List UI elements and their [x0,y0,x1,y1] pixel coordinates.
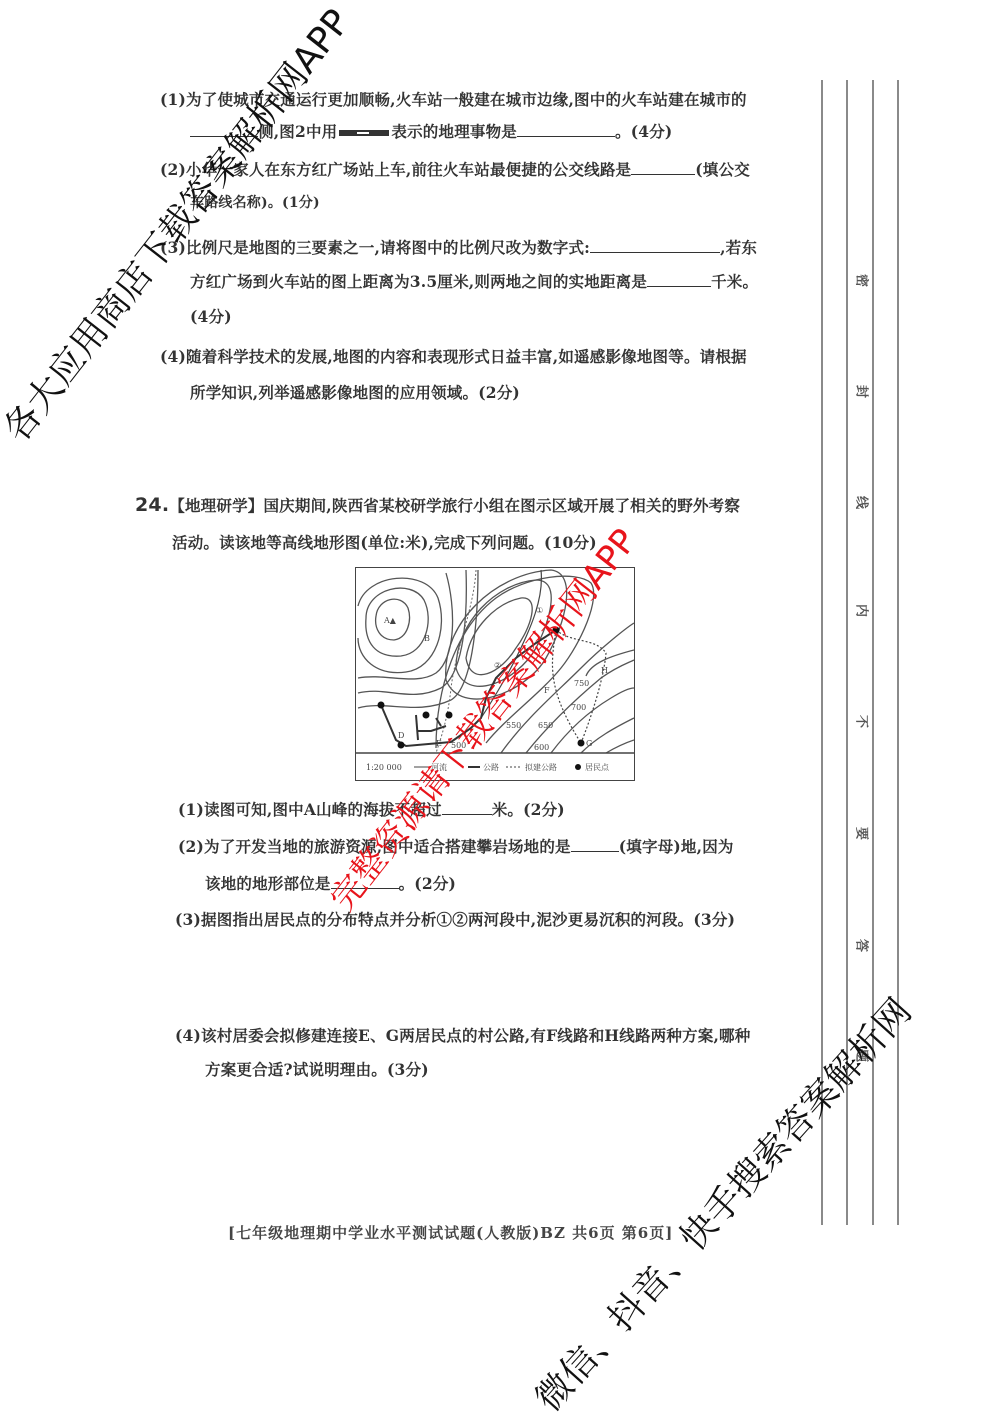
svg-text:600: 600 [534,743,549,752]
svg-text:H: H [601,666,608,675]
railway-symbol-icon [339,130,389,136]
q23-3-line3: (4分) [190,305,232,327]
svg-text:750: 750 [574,679,589,688]
svg-text:D: D [398,731,404,740]
q24-stem-line2: 活动。读该地等高线地形图(单位:米),完成下列问题。(10分) [172,531,597,553]
answer-blank[interactable] [647,272,711,287]
q23-3-text2: 方红广场到火车站的图上距离为3.5厘米,则两地之间的实地距离是 [190,272,647,291]
q23-3-line2: 方红广场到火车站的图上距离为3.5厘米,则两地之间的实地距离是千米。 [190,270,758,292]
answer-blank[interactable] [442,800,492,815]
svg-text:公路: 公路 [483,762,499,772]
binding-margin-char: 内 [856,599,869,618]
svg-text:B: B [424,634,430,643]
answer-blank[interactable] [590,238,720,253]
answer-blank[interactable] [631,160,695,175]
q24-2-text-end: (填字母)地,因为 [619,837,734,856]
q23-4-line1: (4)随着科学技术的发展,地图的内容和表现形式日益丰富,如遥感影像地图等。请根据 [160,345,747,367]
binding-margin-char: 线 [856,491,869,510]
binding-margin-char: 密 [856,269,869,288]
svg-text:650: 650 [538,721,553,730]
page-footer: [七年级地理期中学业水平测试试题(人教版)BZ 共6页 第6页] [228,1222,673,1243]
binding-margin-char: 封 [856,380,869,399]
q24-4-line2: 方案更合适?试说明理由。(3分) [205,1058,429,1080]
q24-header: 24.【地理研学】国庆期间,陕西省某校研学旅行小组在图示区域开展了相关的野外考察 [135,494,740,516]
q23-3-text: (3)比例尺是地图的三要素之一,请将图中的比例尺改为数字式: [160,238,590,257]
q24-1-end: 米。(2分) [492,800,565,819]
binding-line [897,80,899,1225]
binding-margin-char: 答 [856,934,869,953]
svg-text:A▲: A▲ [383,616,397,625]
watermark-bottom-right: 微信、抖音、快手搜索答案解析网 [522,986,921,1415]
q24-2-text2-end: 。(2分) [399,874,456,893]
q23-3-line1: (3)比例尺是地图的三要素之一,请将图中的比例尺改为数字式:,若东 [160,236,757,258]
svg-text:居民点: 居民点 [585,762,610,772]
answer-blank[interactable] [571,837,619,852]
q24-3: (3)据图指出居民点的分布特点并分析①②两河段中,泥沙更易沉积的河段。(3分) [175,908,735,930]
q23-4-line2: 所学知识,列举遥感影像地图的应用领域。(2分) [190,381,520,403]
svg-text:拟建公路: 拟建公路 [525,762,557,772]
svg-text:1:20 000: 1:20 000 [366,763,402,772]
q23-3-text-end: ,若东 [720,238,757,257]
binding-margin-char: 要 [856,822,869,841]
svg-text:F: F [544,686,550,695]
q24-2-line1: (2)为了开发当地的旅游资源,图中适合搭建攀岩场地的是(填字母)地,因为 [178,835,734,857]
q23-1-text-c: 。(4分) [615,122,672,141]
svg-text:G: G [586,739,592,748]
svg-text:700: 700 [571,703,586,712]
answer-blank[interactable] [517,122,615,137]
q24-2-text2: 该地的地形部位是 [205,874,331,893]
binding-margin-char: 不 [856,710,869,729]
q24-4-line1: (4)该村居委会拟修建连接E、G两居民点的村公路,有F线路和H线路两种方案,哪种 [175,1024,750,1046]
q24-stem-line1: 【地理研学】国庆期间,陕西省某校研学旅行小组在图示区域开展了相关的野外考察 [169,496,740,515]
q23-3-text2-end: 千米。 [711,272,758,291]
q23-1-text-b: 表示的地理事物是 [391,122,517,141]
question-number: 24. [135,494,169,516]
q23-2-text-end: (填公交 [695,160,750,179]
